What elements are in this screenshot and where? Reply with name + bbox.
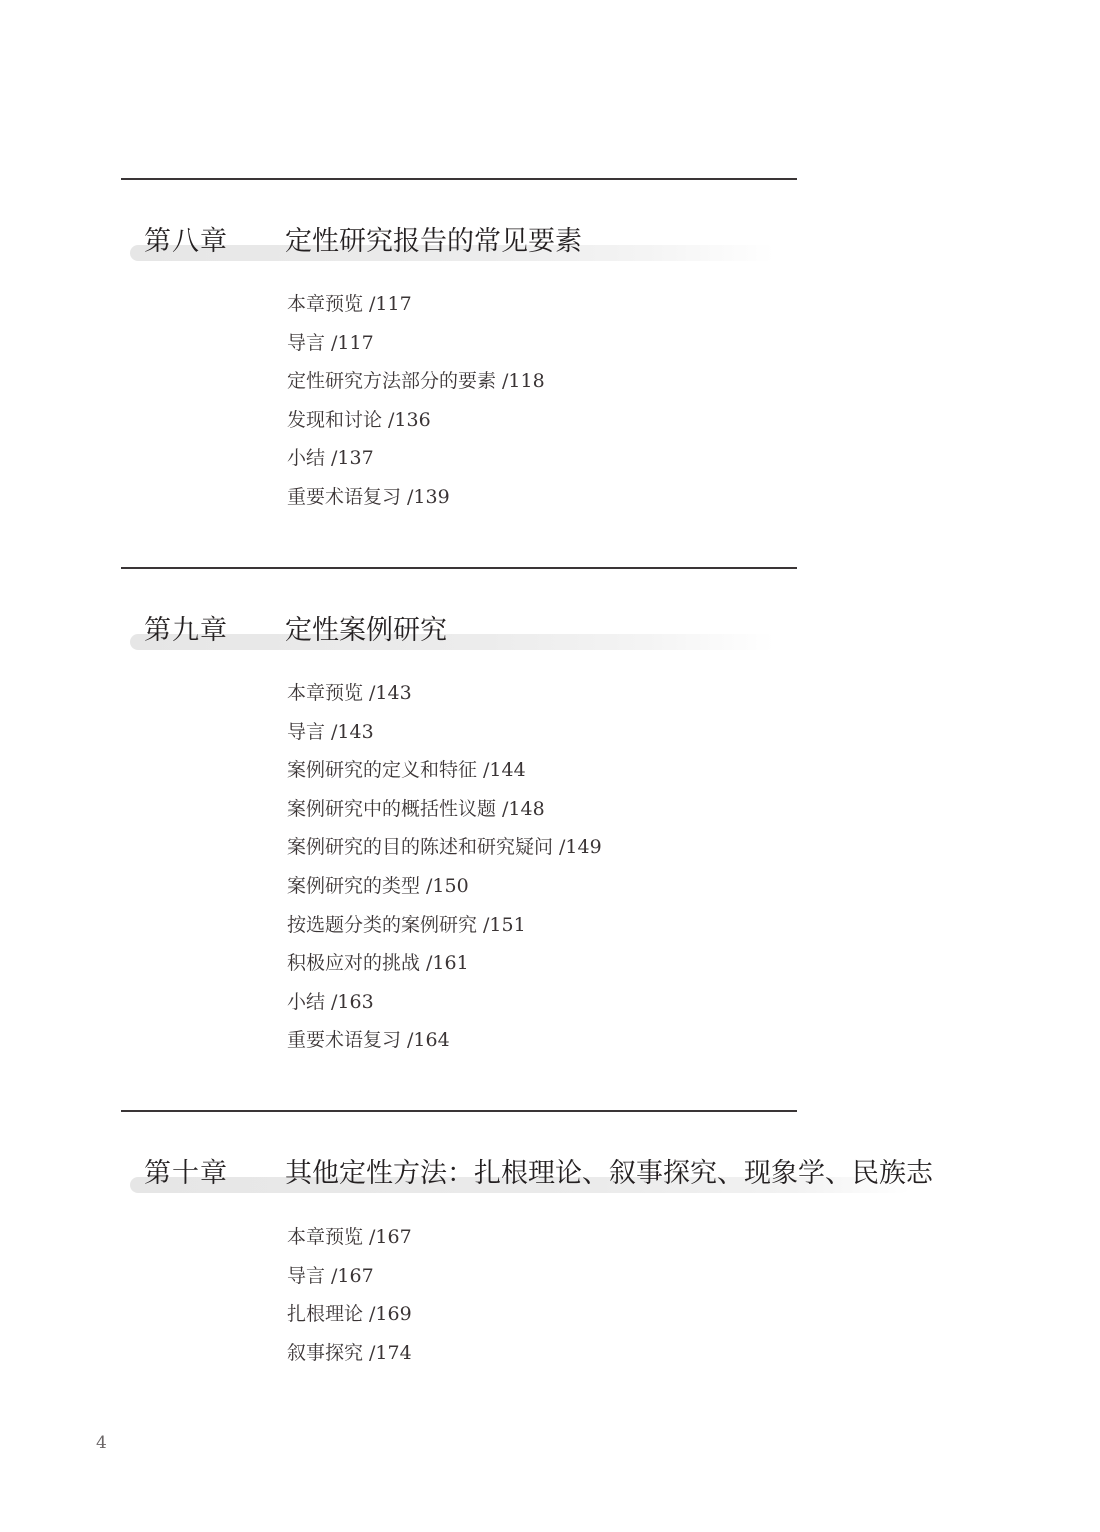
toc-entry[interactable]: 按选题分类的案例研究/151 (287, 906, 602, 945)
entry-title: 叙事探究 (287, 1342, 363, 1364)
entry-page: /117 (369, 293, 412, 315)
chapter-8-entries: 本章预览/117 导言/117 定性研究方法部分的要素/118 发现和讨论/13… (287, 285, 545, 517)
toc-entry[interactable]: 导言/167 (287, 1257, 412, 1296)
toc-entry[interactable]: 重要术语复习/164 (287, 1021, 602, 1060)
entry-page: /118 (502, 370, 545, 392)
chapter-title[interactable]: 定性研究报告的常见要素 (285, 224, 582, 260)
entry-title: 案例研究的定义和特征 (287, 759, 477, 781)
toc-entry[interactable]: 导言/117 (287, 324, 545, 363)
toc-entry[interactable]: 扎根理论/169 (287, 1295, 412, 1334)
toc-entry[interactable]: 本章预览/167 (287, 1218, 412, 1257)
entry-title: 案例研究的目的陈述和研究疑问 (287, 836, 553, 858)
entry-title: 案例研究中的概括性议题 (287, 798, 496, 820)
entry-title: 发现和讨论 (287, 409, 382, 431)
entry-title: 导言 (287, 332, 325, 354)
entry-title: 本章预览 (287, 293, 363, 315)
entry-title: 重要术语复习 (287, 1029, 401, 1051)
entry-title: 小结 (287, 991, 325, 1013)
toc-entry[interactable]: 积极应对的挑战/161 (287, 944, 602, 983)
entry-page: /136 (388, 409, 431, 431)
chapter-10-divider (121, 1110, 797, 1112)
entry-page: /117 (331, 332, 374, 354)
chapter-title[interactable]: 定性案例研究 (285, 613, 447, 649)
chapter-number: 第九章 (144, 613, 228, 649)
entry-page: /149 (559, 836, 602, 858)
entry-title: 定性研究方法部分的要素 (287, 370, 496, 392)
toc-entry[interactable]: 案例研究的目的陈述和研究疑问/149 (287, 828, 602, 867)
entry-title: 按选题分类的案例研究 (287, 914, 477, 936)
entry-page: /137 (331, 447, 374, 469)
entry-page: /174 (369, 1342, 412, 1364)
toc-entry[interactable]: 小结/163 (287, 983, 602, 1022)
entry-title: 导言 (287, 1265, 325, 1287)
toc-entry[interactable]: 叙事探究/174 (287, 1334, 412, 1373)
chapter-number: 第八章 (144, 224, 228, 260)
toc-entry[interactable]: 发现和讨论/136 (287, 401, 545, 440)
entry-page: /150 (426, 875, 469, 897)
entry-page: /169 (369, 1303, 412, 1325)
entry-page: /167 (331, 1265, 374, 1287)
entry-page: /148 (502, 798, 545, 820)
chapter-number: 第十章 (144, 1156, 228, 1192)
entry-page: /143 (331, 721, 374, 743)
entry-title: 本章预览 (287, 1226, 363, 1248)
entry-title: 案例研究的类型 (287, 875, 420, 897)
entry-page: /161 (426, 952, 469, 974)
toc-entry[interactable]: 案例研究的类型/150 (287, 867, 602, 906)
chapter-title[interactable]: 其他定性方法：扎根理论、叙事探究、现象学、民族志 (285, 1156, 933, 1192)
chapter-9-divider (121, 567, 797, 569)
entry-page: /139 (407, 486, 450, 508)
entry-page: /167 (369, 1226, 412, 1248)
entry-title: 小结 (287, 447, 325, 469)
entry-page: /151 (483, 914, 526, 936)
chapter-8-divider (121, 178, 797, 180)
chapter-9-entries: 本章预览/143 导言/143 案例研究的定义和特征/144 案例研究中的概括性… (287, 674, 602, 1060)
toc-entry[interactable]: 重要术语复习/139 (287, 478, 545, 517)
toc-entry[interactable]: 导言/143 (287, 713, 602, 752)
chapter-10-heading: 第十章 其他定性方法：扎根理论、叙事探究、现象学、民族志 (130, 1156, 930, 1196)
entry-title: 积极应对的挑战 (287, 952, 420, 974)
toc-entry[interactable]: 本章预览/117 (287, 285, 545, 324)
page-number: 4 (96, 1433, 107, 1453)
toc-entry[interactable]: 案例研究中的概括性议题/148 (287, 790, 602, 829)
chapter-10-entries: 本章预览/167 导言/167 扎根理论/169 叙事探究/174 (287, 1218, 412, 1372)
entry-title: 导言 (287, 721, 325, 743)
entry-page: /163 (331, 991, 374, 1013)
entry-page: /144 (483, 759, 526, 781)
entry-title: 扎根理论 (287, 1303, 363, 1325)
entry-page: /164 (407, 1029, 450, 1051)
toc-entry[interactable]: 案例研究的定义和特征/144 (287, 751, 602, 790)
chapter-8-heading: 第八章 定性研究报告的常见要素 (130, 224, 930, 264)
toc-entry[interactable]: 本章预览/143 (287, 674, 602, 713)
chapter-9-heading: 第九章 定性案例研究 (130, 613, 930, 653)
entry-title: 重要术语复习 (287, 486, 401, 508)
toc-entry[interactable]: 定性研究方法部分的要素/118 (287, 362, 545, 401)
toc-entry[interactable]: 小结/137 (287, 439, 545, 478)
entry-page: /143 (369, 682, 412, 704)
entry-title: 本章预览 (287, 682, 363, 704)
